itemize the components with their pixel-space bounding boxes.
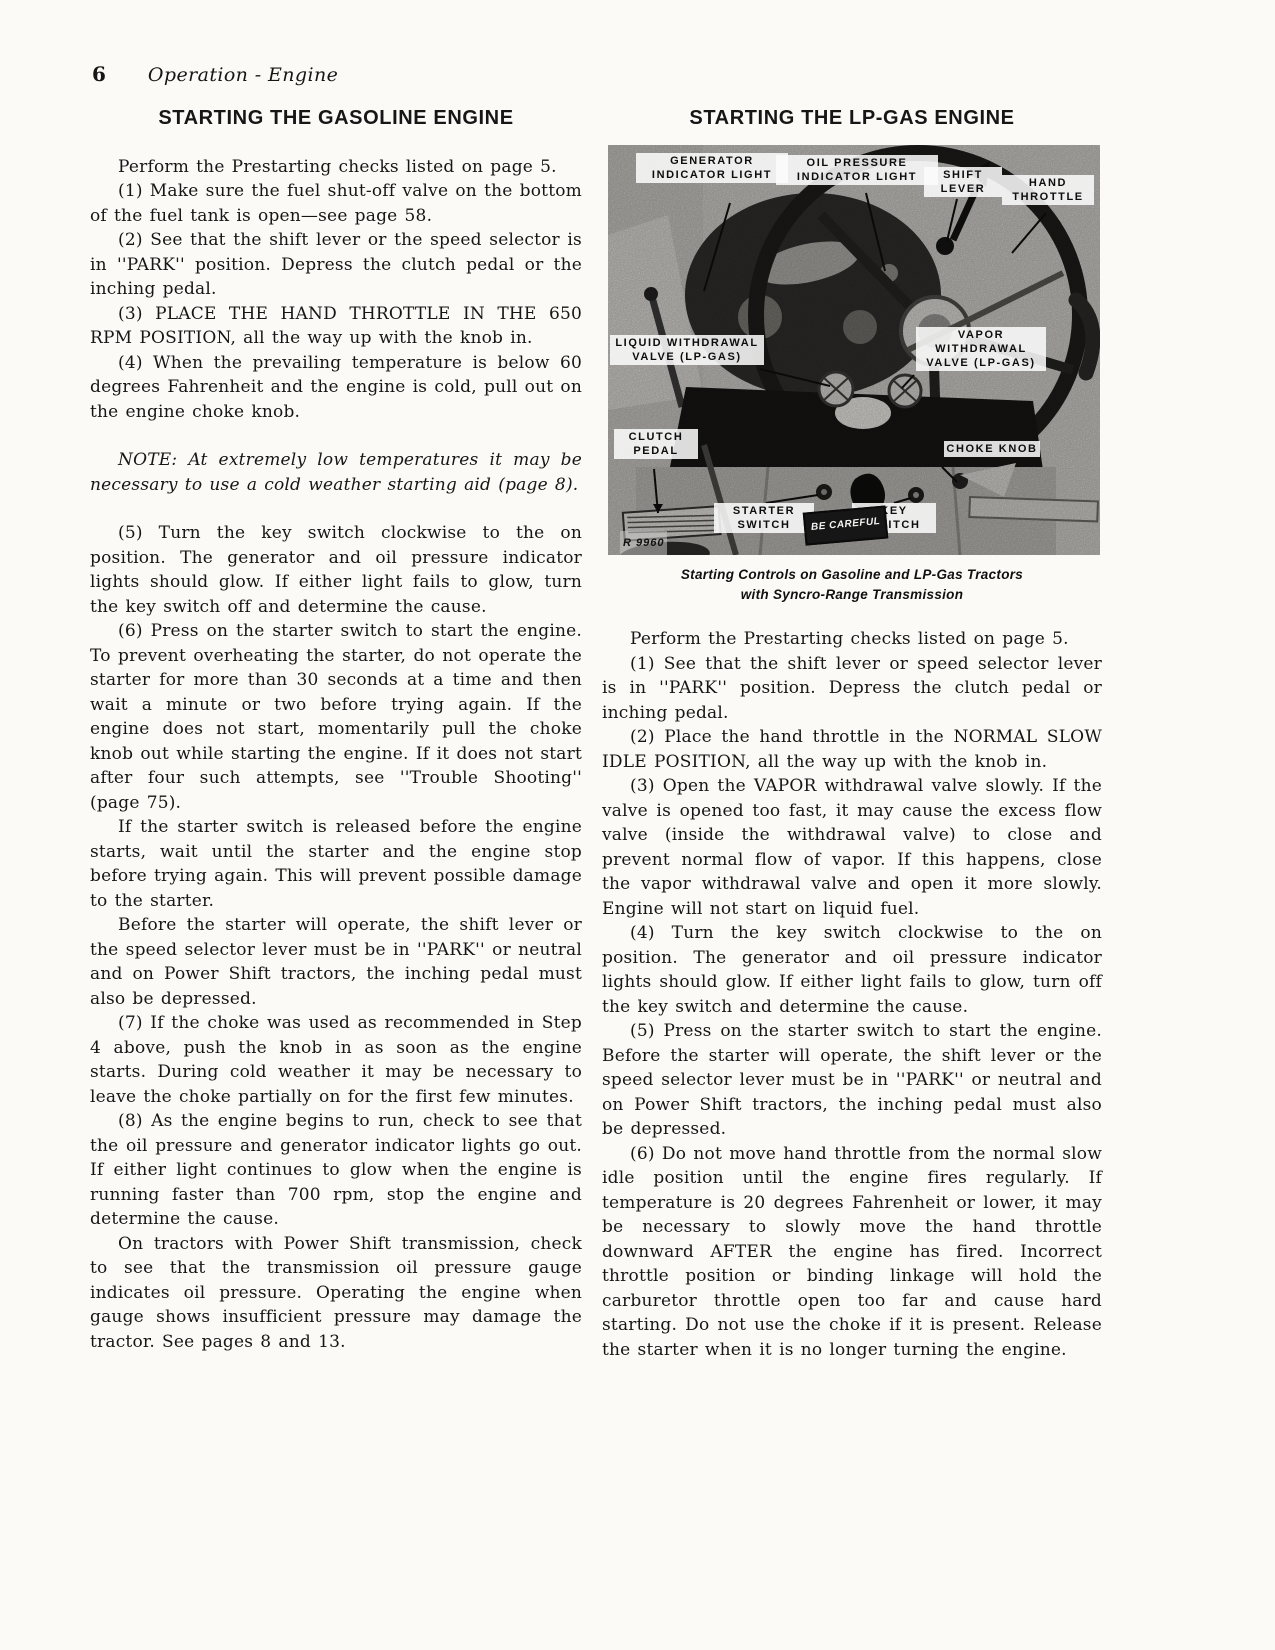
figure-label-choke-knob: CHOKE KNOB — [944, 441, 1040, 457]
paragraph: (2) Place the hand throttle in the NORMA… — [602, 725, 1102, 774]
paragraph: (6) Do not move hand throttle from the n… — [602, 1142, 1102, 1363]
photo-id: R 9960 — [620, 531, 667, 556]
paragraph: (3) PLACE THE HAND THROTTLE IN THE 650 R… — [90, 302, 582, 351]
figure-label-clutch-pedal: CLUTCH PEDAL — [614, 429, 698, 460]
right-column-heading: STARTING THE LP-GAS ENGINE — [602, 106, 1102, 131]
figure-label-oil-pressure-indicator-light: OIL PRESSURE INDICATOR LIGHT — [776, 155, 938, 186]
paragraph: Perform the Prestarting checks listed on… — [602, 627, 1102, 652]
paragraph: (1) Make sure the fuel shut-off valve on… — [90, 179, 582, 228]
paragraph: (5) Turn the key switch clockwise to the… — [90, 521, 582, 619]
paragraph: (6) Press on the starter switch to start… — [90, 619, 582, 815]
right-column: STARTING THE LP-GAS ENGINE — [602, 106, 1102, 1362]
figure-label-starter-switch: STARTER SWITCH — [714, 503, 814, 534]
running-header-title: Operation - Engine — [148, 64, 338, 86]
figure-caption-line2: with Syncro-Range Transmission — [602, 585, 1102, 605]
left-column-heading: STARTING THE GASOLINE ENGINE — [90, 106, 582, 131]
figure-label-liquid-withdrawal-valve: LIQUID WITHDRAWAL VALVE (LP-GAS) — [610, 335, 764, 366]
manual-page: 6Operation - Engine STARTING THE GASOLIN… — [0, 0, 1275, 1650]
paragraph: On tractors with Power Shift transmissio… — [90, 1232, 582, 1355]
paragraph: (2) See that the shift lever or the spee… — [90, 228, 582, 302]
paragraph: Perform the Prestarting checks listed on… — [90, 155, 582, 180]
figure-label-generator-indicator-light: GENERATOR INDICATOR LIGHT — [636, 153, 788, 184]
figure-label-vapor-withdrawal-valve: VAPOR WITHDRAWAL VALVE (LP-GAS) — [916, 327, 1046, 372]
paragraph: (4) Turn the key switch clockwise to the… — [602, 921, 1102, 1019]
paragraph: (5) Press on the starter switch to start… — [602, 1019, 1102, 1142]
paragraph: (8) As the engine begins to run, check t… — [90, 1109, 582, 1232]
paragraph: (3) Open the VAPOR withdrawal valve slow… — [602, 774, 1102, 921]
starting-controls-figure: GENERATOR INDICATOR LIGHT OIL PRESSURE I… — [608, 145, 1100, 555]
paragraph: Before the starter will operate, the shi… — [90, 913, 582, 1011]
paragraph: (4) When the prevailing temperature is b… — [90, 351, 582, 425]
be-careful-placard: BE CAREFUL — [803, 505, 889, 545]
page-number: 6 — [92, 62, 106, 86]
paragraph: (7) If the choke was used as recommended… — [90, 1011, 582, 1109]
paragraph: If the starter switch is released before… — [90, 815, 582, 913]
note-paragraph: NOTE: At extremely low temperatures it m… — [90, 448, 582, 497]
figure-label-hand-throttle: HAND THROTTLE — [1002, 175, 1094, 206]
figure-caption: Starting Controls on Gasoline and LP-Gas… — [602, 565, 1102, 606]
left-column: STARTING THE GASOLINE ENGINE Perform the… — [90, 106, 582, 1354]
paragraph: (1) See that the shift lever or speed se… — [602, 652, 1102, 726]
figure-caption-line1: Starting Controls on Gasoline and LP-Gas… — [602, 565, 1102, 585]
running-header: 6Operation - Engine — [92, 62, 338, 86]
figure-label-shift-lever: SHIFT LEVER — [924, 167, 1002, 198]
